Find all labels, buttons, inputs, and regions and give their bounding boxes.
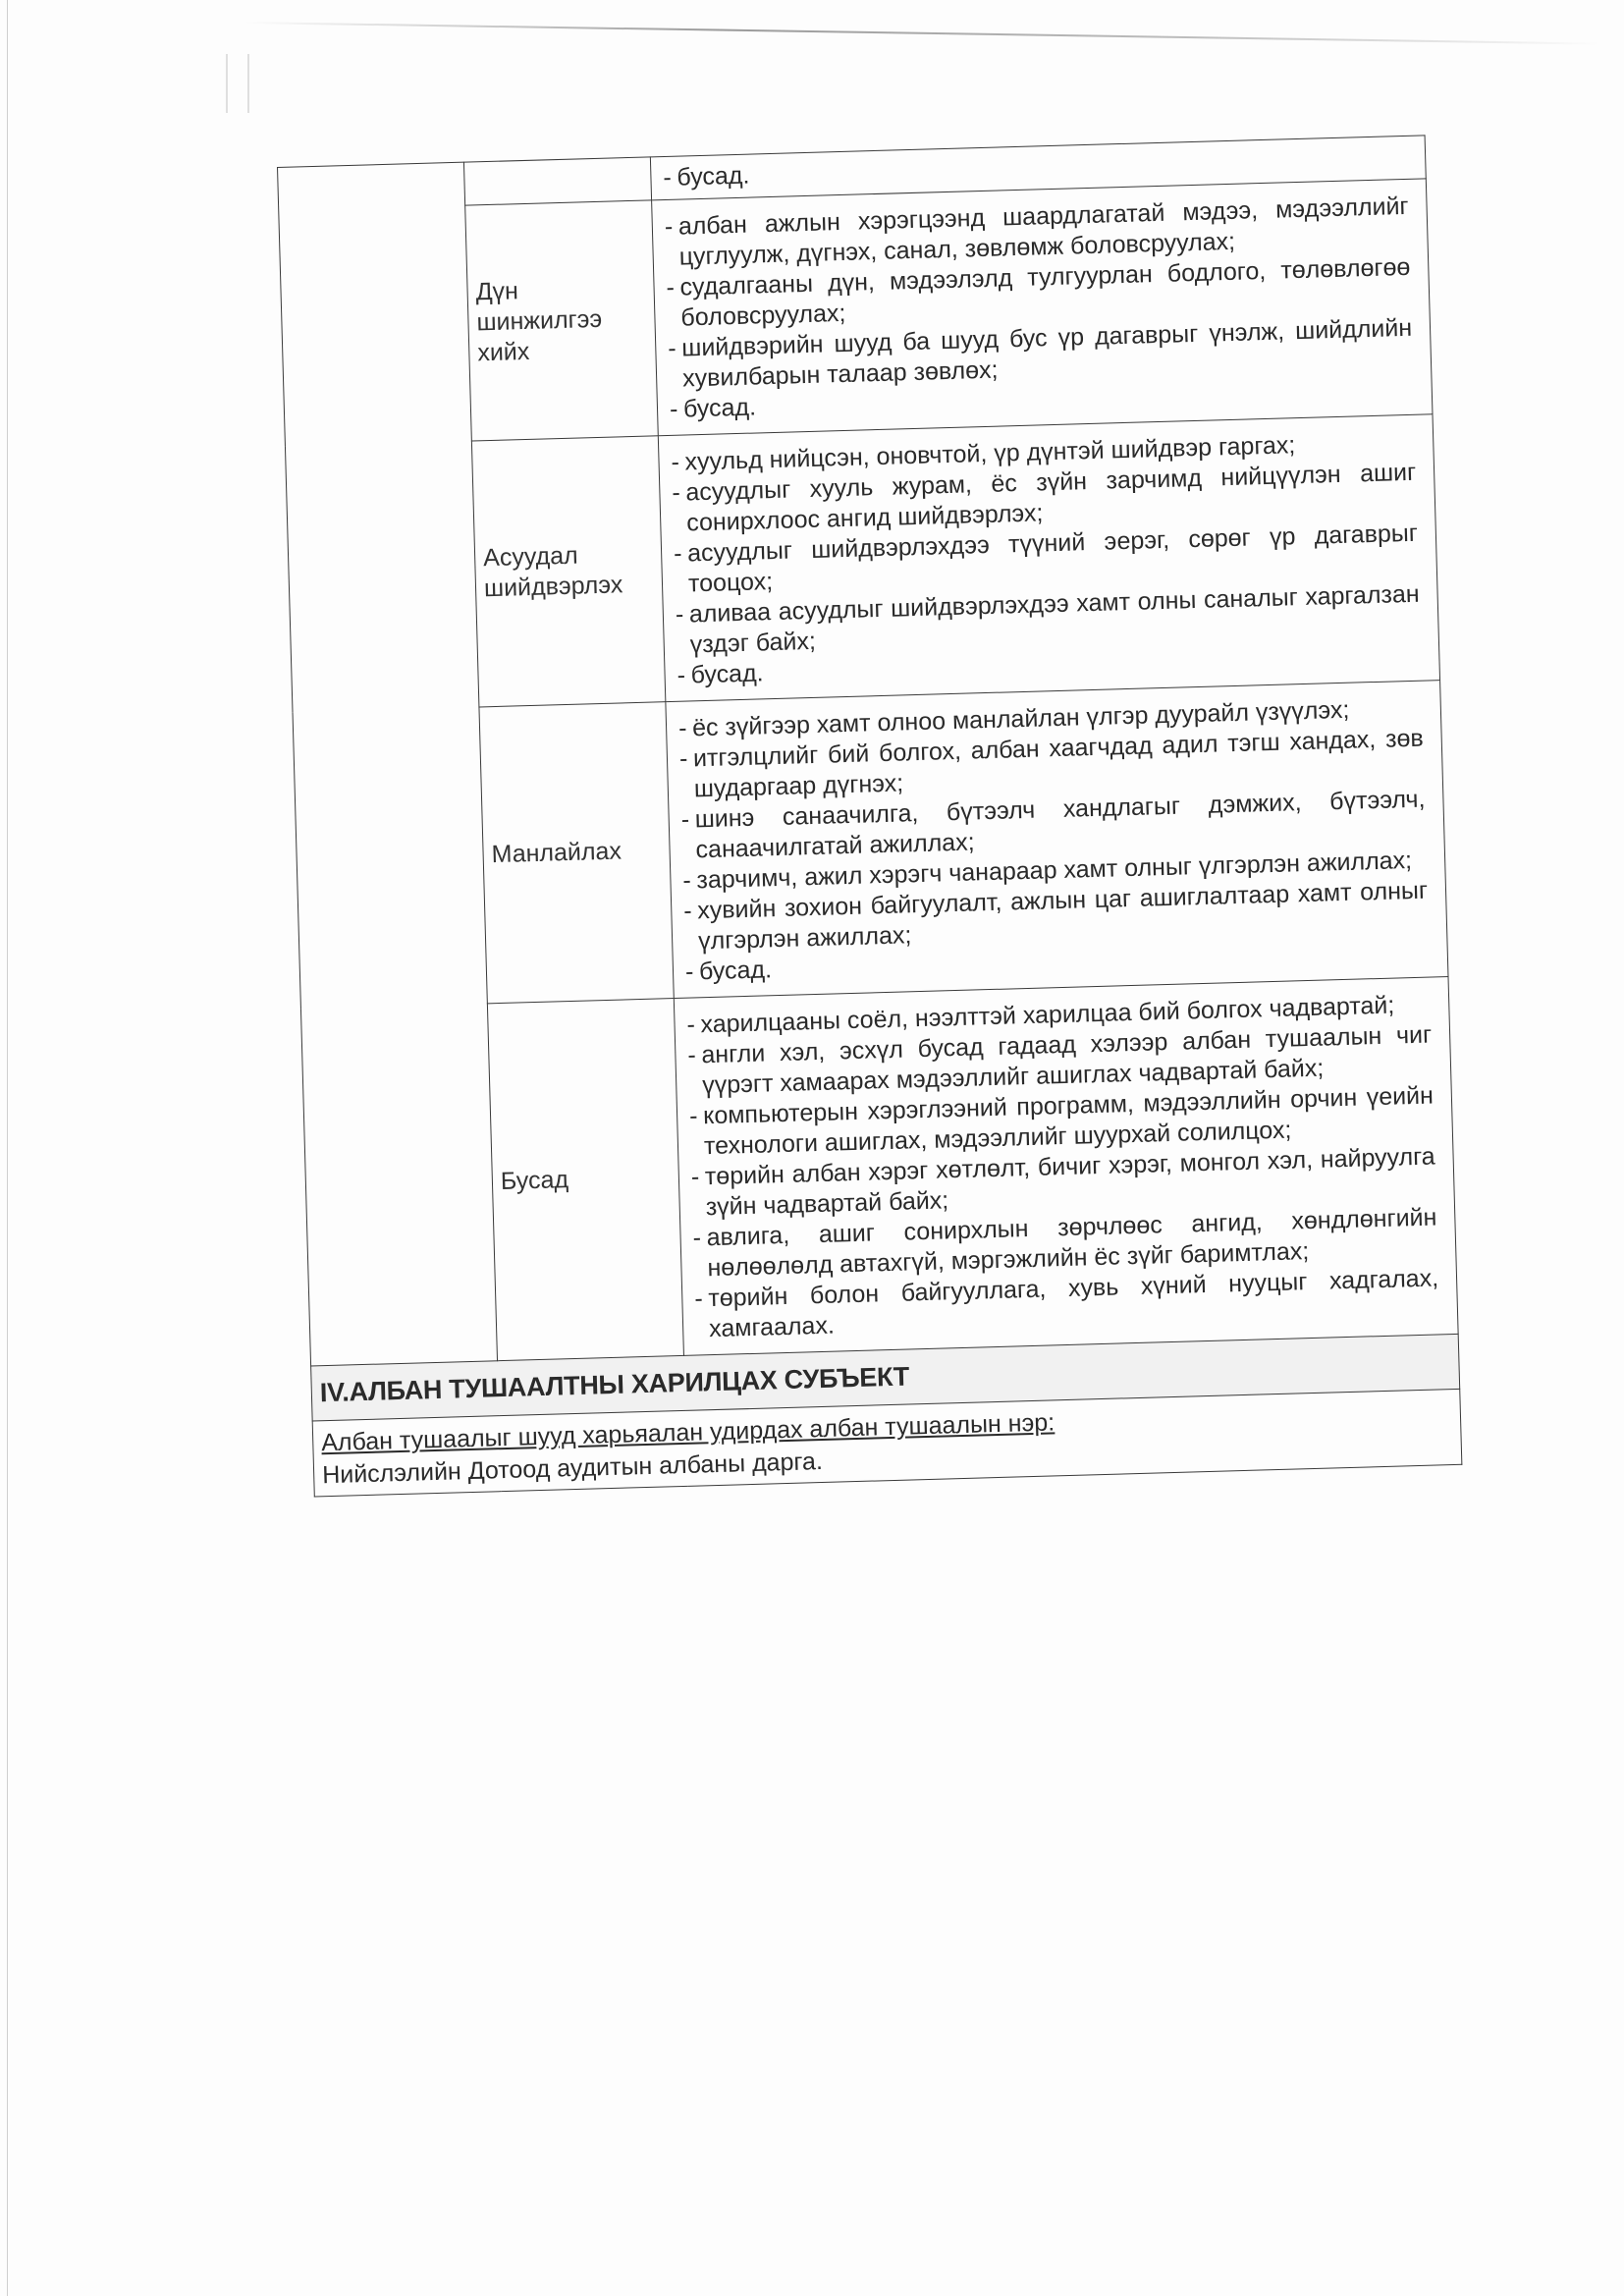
competency-items: -ёс зүйгээр хамт олноо манлайлан үлгэр д… [666,681,1448,999]
bullet-dash: - [671,448,685,478]
scan-edge [7,0,8,2296]
competency-label: Асуудал шийдвэрлэх [471,436,665,707]
bullet-dash: - [685,957,700,987]
competency-label: Манлайлах [479,702,674,1004]
competency-label [463,157,651,205]
bullet-dash: - [678,713,693,743]
bullet-dash: - [677,660,691,690]
category-cell [278,162,498,1366]
bullet-dash: - [686,1010,701,1040]
competency-label: Дүн шинжилгээ хийх [465,200,659,441]
competency-items: -харилцааны соёл, нээлттэй харилцаа бий … [674,977,1458,1356]
competency-table-body: -бусад.Дүн шинжилгээ хийх-албан ажлын хэ… [278,136,1459,1366]
bullet-dash: - [670,395,684,425]
bullet-dash: - [663,163,677,193]
competency-label: Бусад [487,999,683,1361]
competency-items: -албан ажлын хэрэгцээнд шаардлагатай мэд… [652,179,1433,436]
bullet-dash: - [682,865,697,896]
competency-table: -бусад.Дүн шинжилгээ хийх-албан ажлын хэ… [277,135,1462,1497]
document-page: -бусад.Дүн шинжилгээ хийх-албан ажлын хэ… [277,135,1462,1497]
competency-items: -хуульд нийцсэн, оновчтой, үр дүнтэй ший… [658,414,1439,702]
scan-smudge [226,54,249,113]
scan-artifact-line [245,22,1600,45]
